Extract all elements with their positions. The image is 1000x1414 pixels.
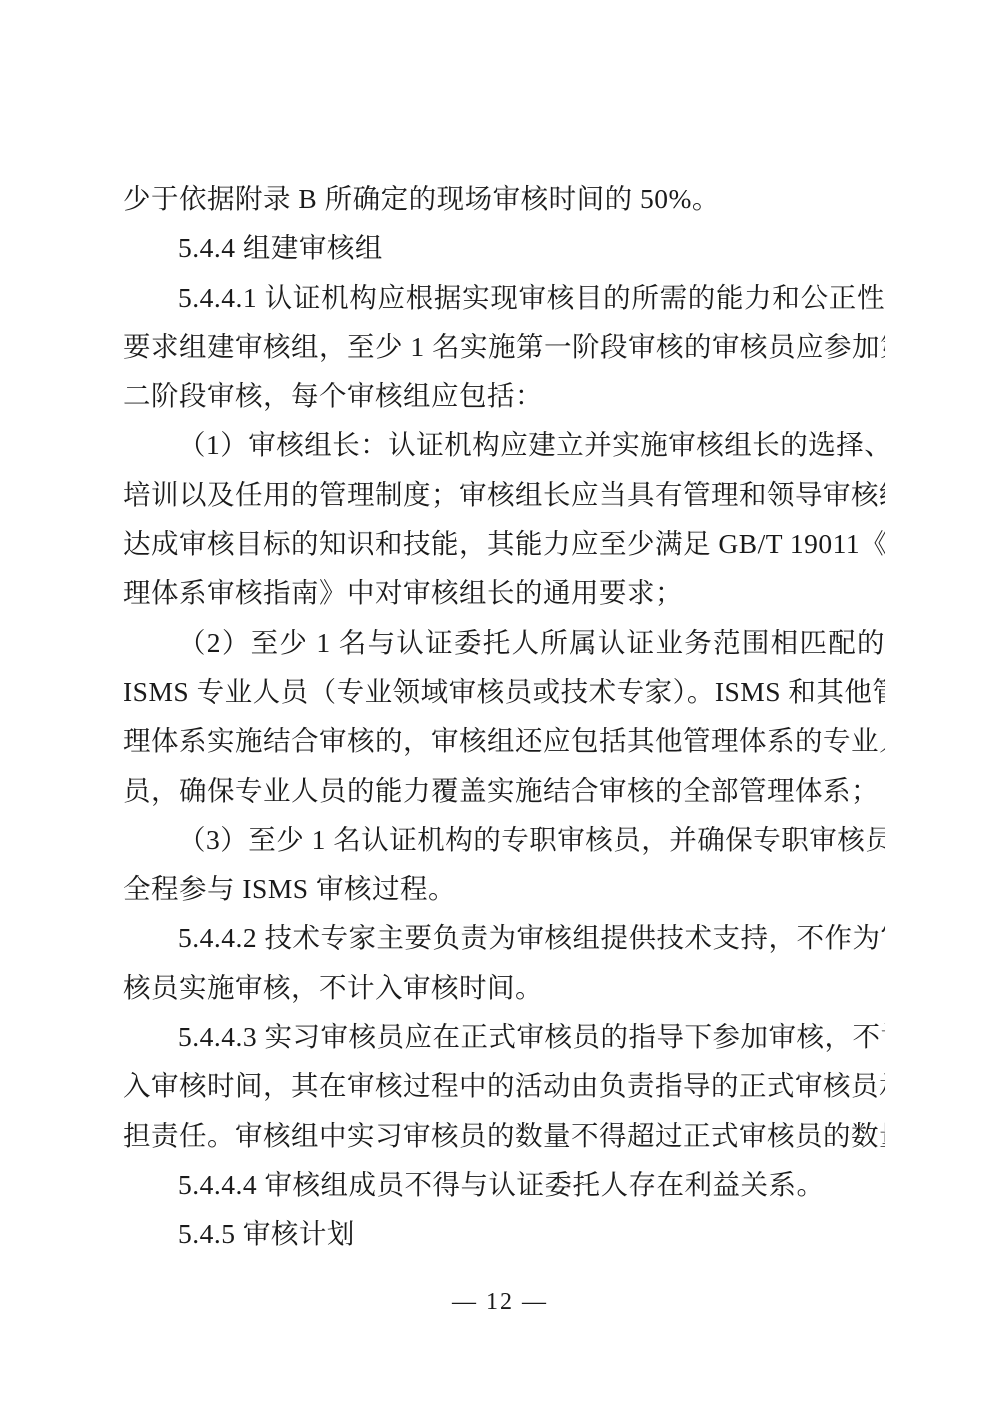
page-number: — 12 — [452, 1286, 548, 1318]
document-page: 少于依据附录 B 所确定的现场审核时间的 50%。5.4.4 组建审核组5.4.… [0, 0, 1000, 1414]
paragraph: 5.4.4.4 审核组成员不得与认证委托人存在利益关系。 [123, 1160, 885, 1209]
paragraph: （1）审核组长：认证机构应建立并实施审核组长的选择、培训以及任用的管理制度；审核… [123, 420, 885, 617]
text-line: 要求组建审核组，至少 1 名实施第一阶段审核的审核员应参加第 [123, 322, 885, 371]
text-line: ISMS 专业人员（专业领域审核员或技术专家）。ISMS 和其他管 [123, 667, 885, 716]
paragraph: （2）至少 1 名与认证委托人所属认证业务范围相匹配的ISMS 专业人员（专业领… [123, 618, 885, 815]
paragraph: 少于依据附录 B 所确定的现场审核时间的 50%。 [123, 174, 885, 223]
paragraph: 5.4.4.2 技术专家主要负责为审核组提供技术支持，不作为审核员实施审核，不计… [123, 913, 885, 1012]
text-line: （2）至少 1 名与认证委托人所属认证业务范围相匹配的 [123, 618, 885, 667]
page-footer: — 12 — [0, 1286, 1000, 1318]
paragraph: 5.4.4.1 认证机构应根据实现审核目的所需的能力和公正性要求组建审核组，至少… [123, 273, 885, 421]
text-line: 理体系审核指南》中对审核组长的通用要求； [123, 568, 885, 617]
text-line: 5.4.5 审核计划 [123, 1209, 885, 1258]
text-line: 二阶段审核，每个审核组应包括： [123, 371, 885, 420]
paragraph: 5.4.4.3 实习审核员应在正式审核员的指导下参加审核，不计入审核时间，其在审… [123, 1012, 885, 1160]
document-body: 少于依据附录 B 所确定的现场审核时间的 50%。5.4.4 组建审核组5.4.… [123, 174, 885, 1259]
text-line: （3）至少 1 名认证机构的专职审核员，并确保专职审核员 [123, 815, 885, 864]
text-line: 员，确保专业人员的能力覆盖实施结合审核的全部管理体系； [123, 766, 885, 815]
text-line: 入审核时间，其在审核过程中的活动由负责指导的正式审核员承 [123, 1061, 885, 1110]
text-line: 5.4.4.3 实习审核员应在正式审核员的指导下参加审核，不计 [123, 1012, 885, 1061]
text-line: 5.4.4 组建审核组 [123, 223, 885, 272]
text-line: 全程参与 ISMS 审核过程。 [123, 864, 885, 913]
paragraph: （3）至少 1 名认证机构的专职审核员，并确保专职审核员全程参与 ISMS 审核… [123, 815, 885, 914]
text-line: 核员实施审核，不计入审核时间。 [123, 963, 885, 1012]
paragraph: 5.4.4 组建审核组 [123, 223, 885, 272]
paragraph: 5.4.5 审核计划 [123, 1209, 885, 1258]
text-line: 5.4.4.1 认证机构应根据实现审核目的所需的能力和公正性 [123, 273, 885, 322]
text-line: 达成审核目标的知识和技能，其能力应至少满足 GB/T 19011《管 [123, 519, 885, 568]
text-line: 5.4.4.4 审核组成员不得与认证委托人存在利益关系。 [123, 1160, 885, 1209]
text-line: 担责任。审核组中实习审核员的数量不得超过正式审核员的数量。 [123, 1111, 885, 1160]
text-line: 理体系实施结合审核的，审核组还应包括其他管理体系的专业人 [123, 716, 885, 765]
text-line: 5.4.4.2 技术专家主要负责为审核组提供技术支持，不作为审 [123, 913, 885, 962]
text-line: 少于依据附录 B 所确定的现场审核时间的 50%。 [123, 174, 885, 223]
text-line: （1）审核组长：认证机构应建立并实施审核组长的选择、 [123, 420, 885, 469]
text-line: 培训以及任用的管理制度；审核组长应当具有管理和领导审核组 [123, 470, 885, 519]
